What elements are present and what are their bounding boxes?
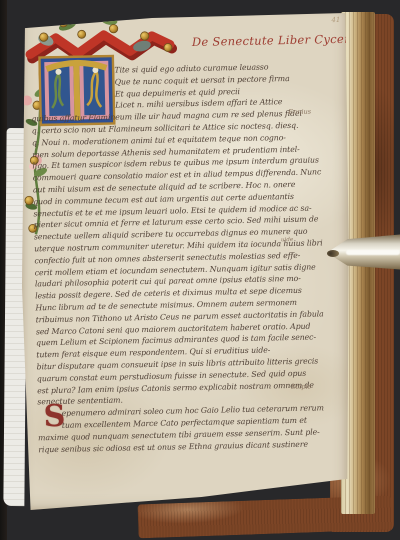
marginal-note-uide: uide [281,237,293,243]
rubric-title: De Senectute Liber Cyceronis [192,32,352,49]
marginal-note-ennius: Ennius [288,108,311,116]
text-block: Tite si quid ego adiuto curamue leuassoQ… [30,60,346,456]
drop-cap-initial: S [43,404,65,430]
marginal-note-scipio: Scipio [291,383,311,391]
book-clasp-highlight [346,250,400,255]
photograph-of-manuscript: De Senectute Liber Cyceronis 41 Tite si … [0,0,400,540]
folio-number: 41 [331,16,340,24]
page-content: De Senectute Liber Cyceronis 41 Tite si … [19,4,359,513]
book-clasp [327,233,400,271]
manuscript-page: De Senectute Liber Cyceronis 41 Tite si … [20,10,350,512]
